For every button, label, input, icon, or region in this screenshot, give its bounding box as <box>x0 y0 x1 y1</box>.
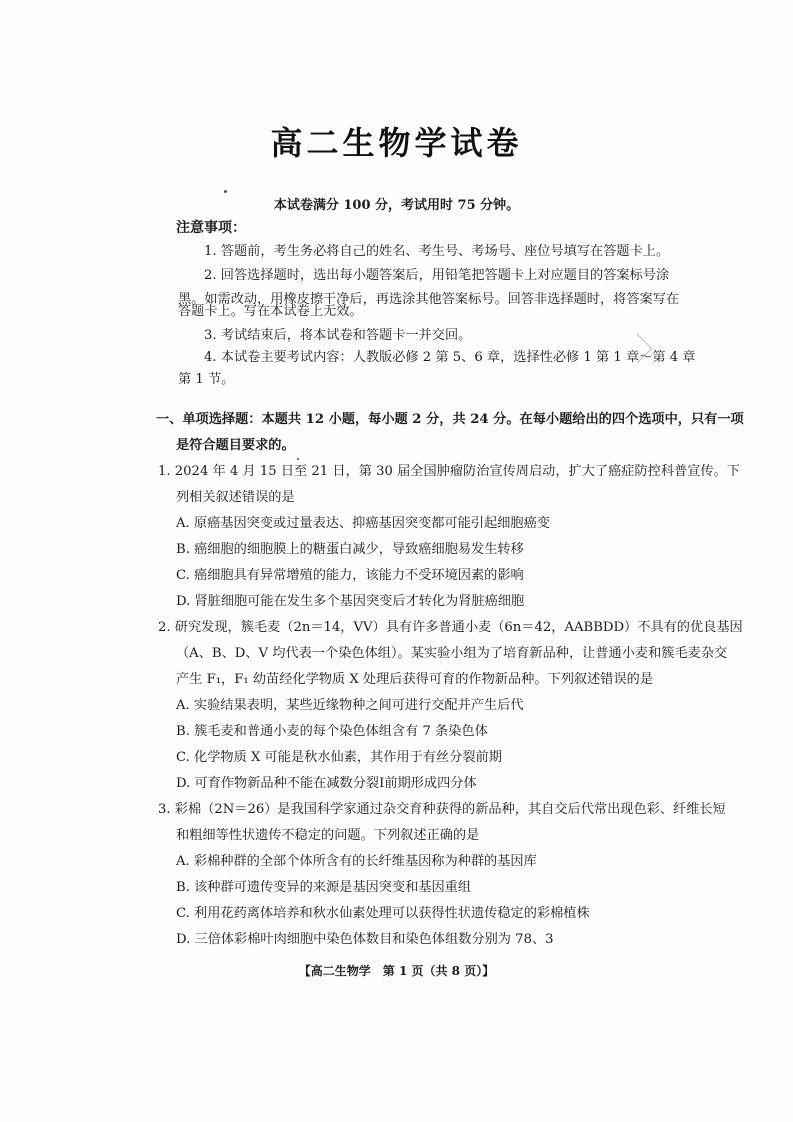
question-2-stem-line-3: 产生 F₁，F₁ 幼苗经化学物质 X 处理后获得可育的作物新品种。下列叙述错误的… <box>176 670 653 690</box>
question-1-option-c: C. 癌细胞具有异常增殖的能力，该能力不受环境因素的影响 <box>176 566 524 586</box>
question-1-option-a: A. 原癌基因突变或过量表达、抑癌基因突变都可能引起细胞癌变 <box>176 514 550 534</box>
question-3-option-c: C. 利用花药离体培养和秋水仙素处理可以获得性状遗传稳定的彩棉植株 <box>176 904 590 924</box>
question-1-option-d: D. 肾脏细胞可能在发生多个基因突变后才转化为肾脏癌细胞 <box>176 592 524 612</box>
question-2-option-b: B. 簇毛麦和普通小麦的每个染色体组含有 7 条染色体 <box>176 722 488 742</box>
notice-heading: 注意事项： <box>176 218 246 238</box>
section-heading-line-2: 是符合题目要求的。 <box>176 436 295 456</box>
section-heading-line-1: 一、单项选择题：本题共 12 小题，每小题 2 分，共 24 分。在每小题给出的… <box>156 410 744 430</box>
notice-line-3: 3. 考试结束后，将本试卷和答题卡一并交回。 <box>204 326 471 346</box>
question-2-option-c: C. 化学物质 X 可能是秋水仙素，其作用于有丝分裂前期 <box>176 748 502 768</box>
notice-line-4-end: 第 1 节。 <box>178 370 234 390</box>
question-2-stem-line-2: （A、B、D、V 均代表一个染色体组）。某实验小组为了培育新品种，让普通小麦和簇… <box>176 644 727 664</box>
notice-line-1: 1. 答题前，考生务必将自己的姓名、考生号、考场号、座位号填写在答题卡上。 <box>204 242 669 262</box>
question-1-option-b: B. 癌细胞的细胞膜上的糖蛋白减少，导致癌细胞易发生转移 <box>176 540 524 560</box>
exam-subtitle: 本试卷满分 100 分，考试用时 75 分钟。 <box>0 194 793 213</box>
question-2-option-a: A. 实验结果表明，某些近缘物种之间可进行交配并产生后代 <box>176 696 524 716</box>
question-3-stem-line-1: 3. 彩棉（2N＝26）是我国科学家通过杂交育种获得的新品种，其自交后代常出现色… <box>158 800 726 820</box>
notice-line-4: 4. 本试卷主要考试内容：人教版必修 2 第 5、6 章，选择性必修 1 第 1… <box>204 348 695 368</box>
question-1-stem-line-1: 1. 2024 年 4 月 15 日至 21 日，第 30 届全国肿瘤防治宣传周… <box>158 462 740 482</box>
question-3-option-a: A. 彩棉种群的全部个体所含有的长纤维基因称为种群的基因库 <box>176 852 537 872</box>
question-3-stem-line-2: 和粗细等性状遗传不稳定的问题。下列叙述正确的是 <box>176 826 479 846</box>
exam-title: 高二生物学试卷 <box>0 118 793 164</box>
question-1-stem-line-2: 列相关叙述错误的是 <box>176 488 295 508</box>
question-3-option-d: D. 三倍体彩棉叶肉细胞中染色体数目和染色体组数分别为 78、3 <box>176 930 554 950</box>
notice-line-2-end: 答题卡上。写在本试卷上无效。 <box>178 302 363 322</box>
question-2-option-d: D. 可育作物新品种不能在减数分裂Ⅰ前期形成四分体 <box>176 774 477 794</box>
question-2-stem-line-1: 2. 研究发现，簇毛麦（2n＝14，VV）具有许多普通小麦（6n＝42，AABB… <box>158 618 743 638</box>
page-footer: 【高二生物学 第 1 页（共 8 页）】 <box>0 962 793 979</box>
exam-page: 高二生物学试卷 本试卷满分 100 分，考试用时 75 分钟。 注意事项： 1.… <box>0 0 793 1122</box>
scan-speck <box>297 458 299 460</box>
scan-speck <box>224 190 227 193</box>
notice-line-2: 2. 回答选择题时，选出每小题答案后，用铅笔把答题卡上对应题目的答案标号涂 <box>204 266 669 286</box>
question-3-option-b: B. 该种群可遗传变异的来源是基因突变和基因重组 <box>176 878 471 898</box>
